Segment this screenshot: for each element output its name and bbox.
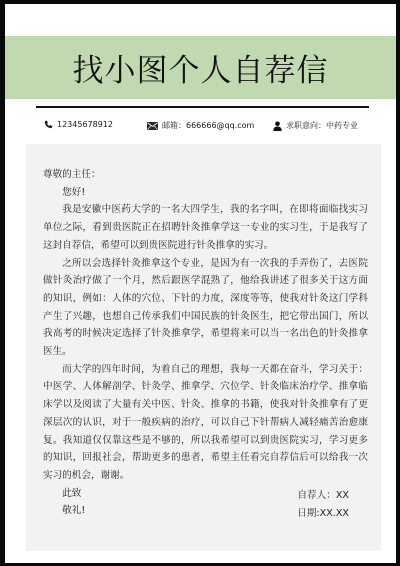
letter-paragraph: 之所以会选择针灸推拿这个专业，是因为有一次我的手弄伤了，去医院做针灸治疗做了一个…: [43, 255, 368, 361]
letter-paragraph: 而大学的四年时间，为着自己的理想，我每一天都在奋斗，学习关于：中医学、人体解剖学…: [43, 361, 368, 485]
letter-date: 日期:XX.XX: [229, 505, 349, 519]
email-address: 邮箱：666666@qq.com: [162, 120, 254, 131]
letter-paragraph: 我是安徽中医药大学的一名大四学生，我的名字叫，在即将面临找实习单位之际，看到贵医…: [43, 201, 368, 254]
contact-email: 邮箱：666666@qq.com: [147, 120, 254, 131]
phone-icon: [44, 120, 53, 129]
phone-number: 12345678912: [57, 120, 113, 129]
letter-salutation: 尊敬的主任：: [43, 166, 368, 184]
envelope-icon: [147, 122, 158, 130]
person-icon: [273, 121, 282, 131]
letter-body: 尊敬的主任： 您好! 我是安徽中医药大学的一名大四学生，我的名字叫，在即将面临找…: [43, 166, 368, 520]
letter-signer: 自荐人：XX: [229, 487, 349, 501]
letter-greeting: 您好!: [43, 184, 368, 202]
title-divider: [36, 106, 369, 108]
title-banner: 找小图个人自荐信: [5, 36, 396, 99]
letter-content-box: 尊敬的主任： 您好! 我是安徽中医药大学的一名大四学生，我的名字叫，在即将面临找…: [26, 144, 381, 551]
contact-phone: 12345678912: [44, 120, 113, 129]
contact-job-intention: 求职意向：中药专业: [273, 120, 358, 131]
contact-info-row: 12345678912 邮箱：666666@qq.com 求职意向：中药专业: [0, 120, 400, 134]
page-title: 找小图个人自荐信: [73, 45, 329, 90]
job-intention-text: 求职意向：中药专业: [286, 120, 358, 131]
